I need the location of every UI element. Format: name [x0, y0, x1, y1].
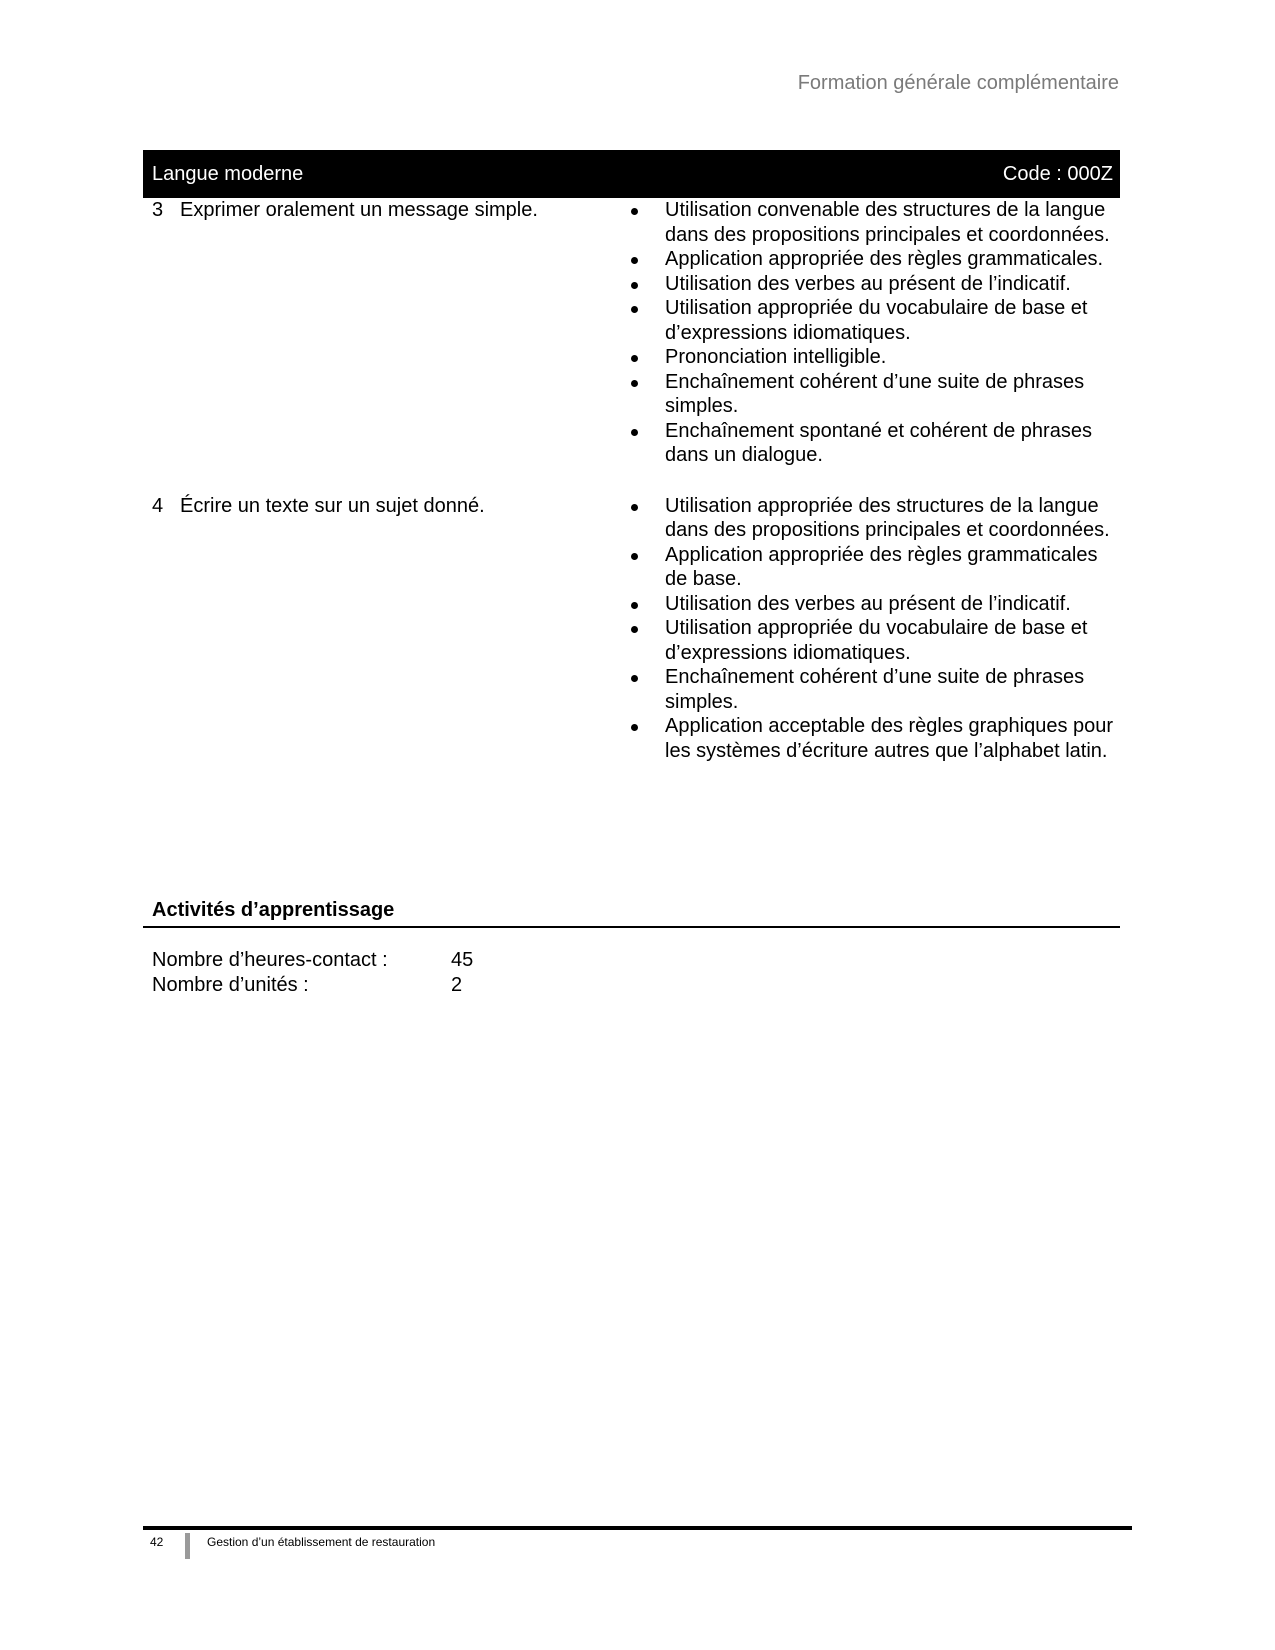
criterion-item: Enchaînement spontané et cohérent de phr…: [631, 419, 1120, 468]
running-header: Formation générale complémentaire: [798, 72, 1119, 95]
activities-heading: Activités d’apprentissage: [143, 898, 1120, 926]
objective-row: 4 Écrire un texte sur un sujet donné. Ut…: [143, 494, 1120, 764]
course-title: Langue moderne: [152, 163, 303, 186]
criteria-list: Utilisation convenable des structures de…: [631, 198, 1120, 468]
course-code: Code : 000Z: [1003, 163, 1113, 186]
stat-label: Nombre d’heures-contact :: [152, 948, 451, 973]
criterion-item: Enchaînement cohérent d’une suite de phr…: [631, 370, 1120, 419]
criterion-item: Utilisation convenable des structures de…: [631, 198, 1120, 247]
objective-statement: 3 Exprimer oralement un message simple.: [143, 198, 631, 468]
objectives-table: 3 Exprimer oralement un message simple. …: [143, 198, 1120, 763]
course-stats: Nombre d’heures-contact : 45 Nombre d’un…: [152, 948, 473, 997]
objective-text: Écrire un texte sur un sujet donné.: [180, 494, 485, 764]
footer-separator: [185, 1533, 190, 1559]
activities-section: Activités d’apprentissage: [143, 898, 1120, 928]
objective-statement: 4 Écrire un texte sur un sujet donné.: [143, 494, 631, 764]
stat-value: 45: [451, 948, 473, 973]
stat-value: 2: [451, 973, 462, 998]
criterion-item: Utilisation appropriée du vocabulaire de…: [631, 616, 1120, 665]
stat-units: Nombre d’unités : 2: [152, 973, 473, 998]
stat-label: Nombre d’unités :: [152, 973, 451, 998]
criterion-item: Utilisation des verbes au présent de l’i…: [631, 592, 1120, 617]
objective-number: 3: [152, 198, 180, 468]
objective-text: Exprimer oralement un message simple.: [180, 198, 538, 468]
objective-number: 4: [152, 494, 180, 764]
criterion-item: Enchaînement cohérent d’une suite de phr…: [631, 665, 1120, 714]
stat-contact-hours: Nombre d’heures-contact : 45: [152, 948, 473, 973]
criterion-item: Application appropriée des règles gramma…: [631, 247, 1120, 272]
criterion-item: Utilisation appropriée du vocabulaire de…: [631, 296, 1120, 345]
page-number: 42: [150, 1535, 163, 1549]
footer-divider: [143, 1526, 1132, 1530]
criterion-item: Application acceptable des règles graphi…: [631, 714, 1120, 763]
objective-row: 3 Exprimer oralement un message simple. …: [143, 198, 1120, 468]
footer-document-title: Gestion d’un établissement de restaurati…: [207, 1535, 435, 1549]
criterion-item: Application appropriée des règles gramma…: [631, 543, 1120, 592]
criterion-item: Utilisation des verbes au présent de l’i…: [631, 272, 1120, 297]
course-title-bar: Langue moderne Code : 000Z: [143, 150, 1120, 198]
criterion-item: Prononciation intelligible.: [631, 345, 1120, 370]
criterion-item: Utilisation appropriée des structures de…: [631, 494, 1120, 543]
criteria-list: Utilisation appropriée des structures de…: [631, 494, 1120, 764]
